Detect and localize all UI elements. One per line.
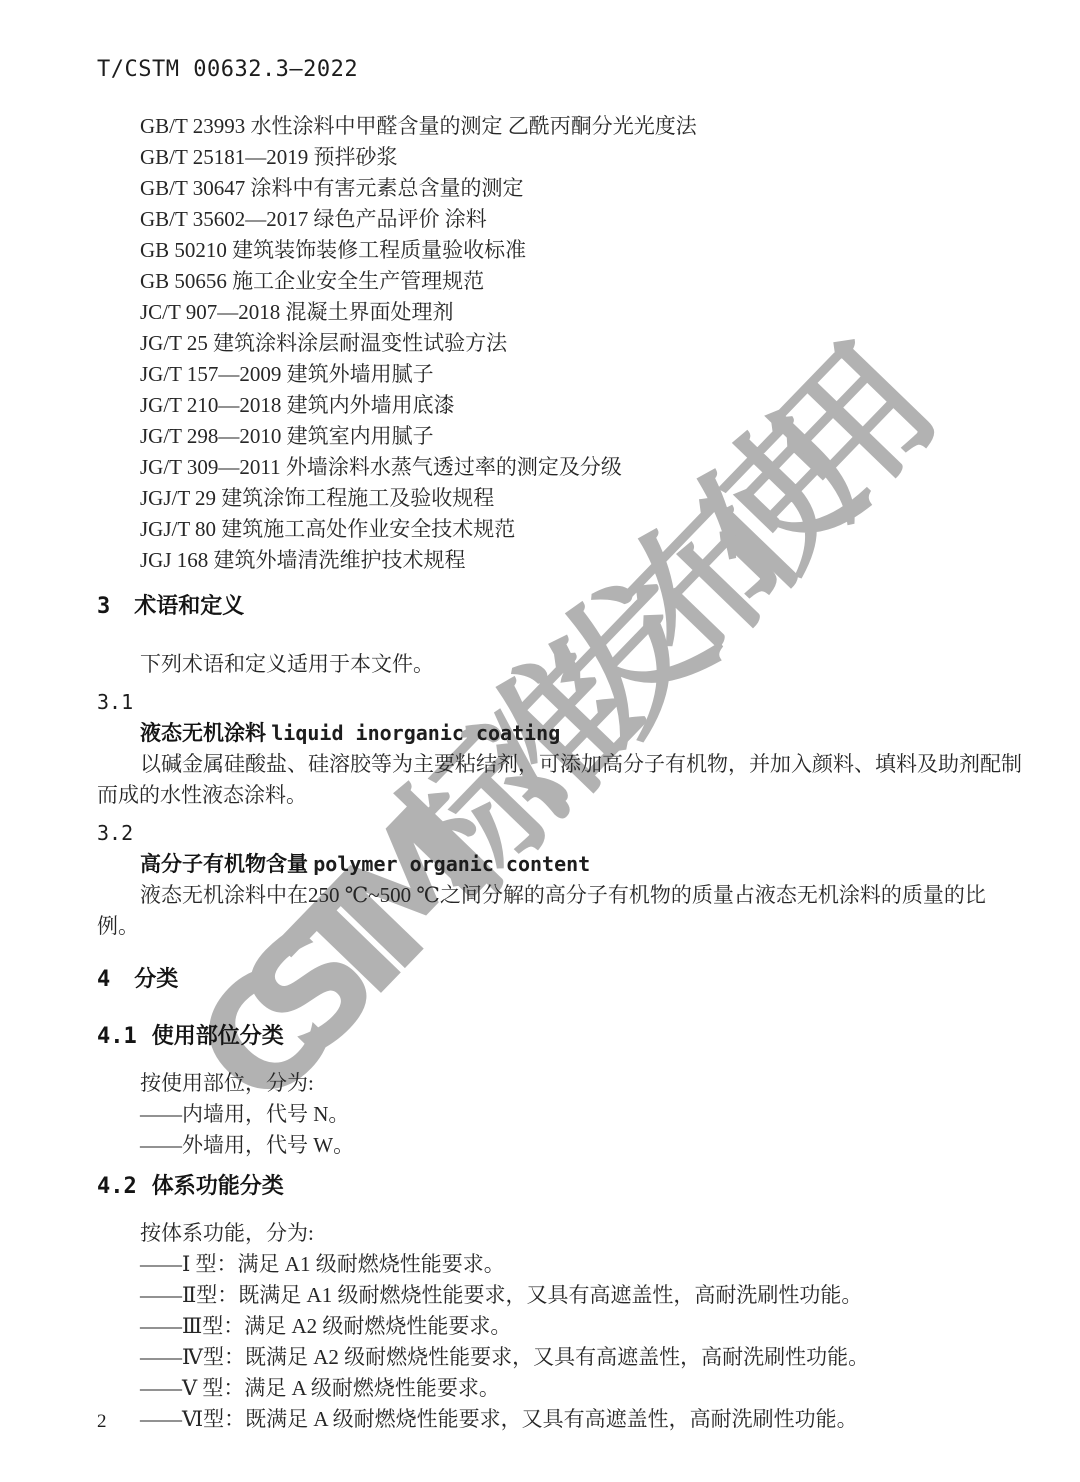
term-title: 液态无机涂料 liquid inorganic coating	[97, 718, 1022, 749]
term-name-en: polymer organic content	[313, 852, 590, 876]
usage-list-item: ——外墙用，代号 W。	[97, 1130, 1022, 1161]
function-list-item: ——Ⅴ 型：满足 A 级耐燃烧性能要求。	[97, 1373, 1022, 1404]
clause-3-heading: 3术语和定义	[97, 592, 1022, 622]
page-number: 2	[97, 1406, 107, 1437]
term-definition: 以碱金属硅酸盐、硅溶胶等为主要粘结剂，可添加高分子有机物，并加入颜料、填料及助剂…	[97, 749, 1022, 811]
reference-item: JG/T 210—2018 建筑内外墙用底漆	[97, 390, 1022, 421]
reference-item: JGJ/T 29 建筑涂饰工程施工及验收规程	[97, 483, 1022, 514]
clause-3-number: 3	[97, 594, 110, 619]
clause-4-1-title: 使用部位分类	[152, 1024, 284, 1049]
function-list-item: ——Ⅵ型：既满足 A 级耐燃烧性能要求，又具有高遮盖性，高耐洗刷性功能。	[97, 1404, 1022, 1435]
function-intro-text: 按体系功能，分为:	[97, 1218, 1022, 1249]
term-definition: 液态无机涂料中在250 ℃~500 ℃之间分解的高分子有机物的质量占液态无机涂料…	[97, 880, 1022, 942]
function-list-item: ——Ⅰ 型：满足 A1 级耐燃烧性能要求。	[97, 1249, 1022, 1280]
clause-4-number: 4	[97, 967, 110, 992]
document-page: T/CSTM 00632.3—2022 GB/T 23993 水性涂料中甲醛含量…	[0, 0, 1080, 1435]
reference-item: GB/T 30647 涂料中有害元素总含量的测定	[97, 173, 1022, 204]
term-number: 3.1	[97, 687, 1022, 718]
function-list-item: ——Ⅲ型：满足 A2 级耐燃烧性能要求。	[97, 1311, 1022, 1342]
reference-item: JGJ 168 建筑外墙清洗维护技术规程	[97, 545, 1022, 576]
term-name-en: liquid inorganic coating	[271, 721, 560, 745]
function-list-item: ——Ⅳ型：既满足 A2 级耐燃烧性能要求，又具有高遮盖性，高耐洗刷性功能。	[97, 1342, 1022, 1373]
reference-item: GB/T 35602—2017 绿色产品评价 涂料	[97, 204, 1022, 235]
clause-4-2-heading: 4.2体系功能分类	[97, 1172, 1022, 1202]
reference-item: GB 50210 建筑装饰装修工程质量验收标准	[97, 235, 1022, 266]
clause-4-1-number: 4.1	[97, 1024, 137, 1049]
reference-item: JG/T 157—2009 建筑外墙用腻子	[97, 359, 1022, 390]
usage-list-item: ——内墙用，代号 N。	[97, 1099, 1022, 1130]
clause-4-1-heading: 4.1使用部位分类	[97, 1022, 1022, 1052]
reference-item: JGJ/T 80 建筑施工高处作业安全技术规范	[97, 514, 1022, 545]
reference-item: JG/T 309—2011 外墙涂料水蒸气透过率的测定及分级	[97, 452, 1022, 483]
reference-item: GB/T 25181—2019 预拌砂浆	[97, 142, 1022, 173]
clause-4-2-title: 体系功能分类	[152, 1174, 284, 1199]
term-name-zh: 液态无机涂料	[140, 721, 266, 745]
document-code: T/CSTM 00632.3—2022	[97, 56, 1022, 84]
term-title: 高分子有机物含量 polymer organic content	[97, 849, 1022, 880]
clause-4-2-number: 4.2	[97, 1174, 137, 1199]
term-number: 3.2	[97, 818, 1022, 849]
function-list-item: ——Ⅱ型：既满足 A1 级耐燃烧性能要求，又具有高遮盖性，高耐洗刷性功能。	[97, 1280, 1022, 1311]
clause-4-heading: 4分类	[97, 965, 1022, 995]
reference-item: JG/T 298—2010 建筑室内用腻子	[97, 421, 1022, 452]
terms-intro-text: 下列术语和定义适用于本文件。	[97, 649, 1022, 680]
usage-intro-text: 按使用部位，分为:	[97, 1068, 1022, 1099]
reference-item: GB 50656 施工企业安全生产管理规范	[97, 266, 1022, 297]
reference-item: GB/T 23993 水性涂料中甲醛含量的测定 乙酰丙酮分光光度法	[97, 111, 1022, 142]
clause-4-title: 分类	[134, 967, 178, 992]
normative-references-list: GB/T 23993 水性涂料中甲醛含量的测定 乙酰丙酮分光光度法 GB/T 2…	[97, 111, 1022, 576]
reference-item: JC/T 907—2018 混凝土界面处理剂	[97, 297, 1022, 328]
reference-item: JG/T 25 建筑涂料涂层耐温变性试验方法	[97, 328, 1022, 359]
term-name-zh: 高分子有机物含量	[140, 852, 308, 876]
clause-3-title: 术语和定义	[134, 594, 244, 619]
